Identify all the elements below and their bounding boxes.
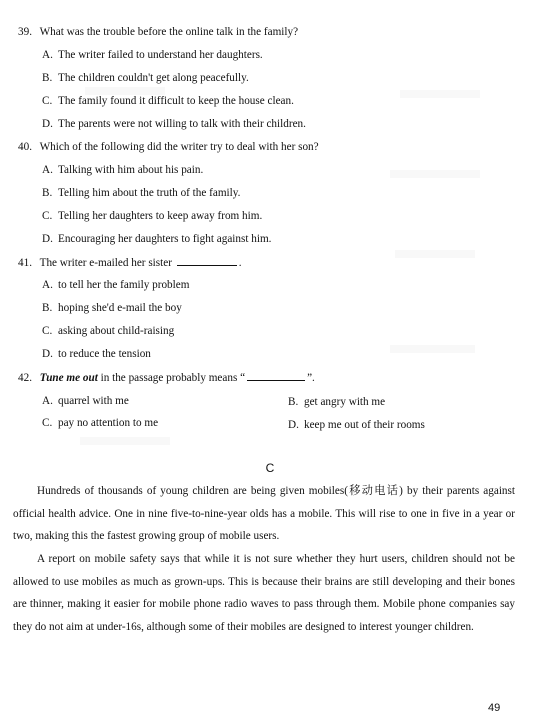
option-text: Telling her daughters to keep away from … (58, 210, 262, 222)
option-text: hoping she'd e-mail the boy (58, 302, 182, 314)
answer-blank (247, 371, 305, 381)
option-text: to reduce the tension (58, 348, 151, 360)
question-42-option-a[interactable]: A.quarrel with me (42, 395, 129, 407)
option-letter: B. (288, 396, 304, 408)
question-number: 41. (18, 257, 37, 269)
question-41-option-b[interactable]: B.hoping she'd e-mail the boy (42, 302, 182, 314)
question-number: 42. (18, 372, 37, 384)
section-heading: C (0, 461, 540, 475)
option-letter: A. (42, 164, 58, 176)
bleed-through-mark (390, 345, 475, 353)
question-number: 39. (18, 26, 37, 38)
question-stem: in the passage probably means “ (101, 372, 245, 384)
option-text: Talking with him about his pain. (58, 164, 203, 176)
option-letter: B. (42, 302, 58, 314)
question-40-option-b[interactable]: B.Telling him about the truth of the fam… (42, 187, 240, 199)
option-letter: D. (42, 233, 58, 245)
question-39-option-c[interactable]: C.The family found it difficult to keep … (42, 95, 294, 107)
option-text: The parents were not willing to talk wit… (58, 118, 306, 130)
option-letter: B. (42, 187, 58, 199)
option-letter: C. (42, 210, 58, 222)
question-41-option-d[interactable]: D.to reduce the tension (42, 348, 151, 360)
question-39-option-a[interactable]: A.The writer failed to understand her da… (42, 49, 263, 61)
option-text: pay no attention to me (58, 417, 158, 429)
passage-paragraph-1: Hundreds of thousands of young children … (13, 480, 515, 548)
option-letter: D. (288, 419, 304, 431)
question-stem-end: . (239, 257, 242, 269)
question-39-option-b[interactable]: B.The children couldn't get along peacef… (42, 72, 249, 84)
option-text: keep me out of their rooms (304, 419, 425, 431)
page-number: 49 (488, 702, 500, 714)
question-41: 41. The writer e-mailed her sister . (18, 256, 242, 269)
option-text: quarrel with me (58, 395, 129, 407)
bleed-through-mark (80, 437, 170, 445)
question-40-option-c[interactable]: C.Telling her daughters to keep away fro… (42, 210, 262, 222)
option-letter: C. (42, 325, 58, 337)
question-39-option-d[interactable]: D.The parents were not willing to talk w… (42, 118, 306, 130)
question-stem-phrase: Tune me out (40, 372, 98, 384)
option-text: The children couldn't get along peaceful… (58, 72, 249, 84)
option-letter: D. (42, 348, 58, 360)
question-40-option-d[interactable]: D.Encouraging her daughters to fight aga… (42, 233, 271, 245)
option-text: The family found it difficult to keep th… (58, 95, 294, 107)
bleed-through-mark (85, 87, 165, 95)
bleed-through-mark (395, 250, 475, 258)
question-42-option-c[interactable]: C.pay no attention to me (42, 417, 158, 429)
question-40-option-a[interactable]: A.Talking with him about his pain. (42, 164, 203, 176)
question-40: 40. Which of the following did the write… (18, 141, 319, 153)
question-number: 40. (18, 141, 37, 153)
bleed-through-mark (400, 90, 480, 98)
paragraph-text: Hundreds of thousands of young children … (13, 485, 515, 542)
question-stem: What was the trouble before the online t… (40, 26, 298, 38)
option-text: get angry with me (304, 396, 385, 408)
option-text: Telling him about the truth of the famil… (58, 187, 240, 199)
option-letter: A. (42, 279, 58, 291)
question-stem: Which of the following did the writer tr… (40, 141, 319, 153)
option-letter: C. (42, 417, 58, 429)
exam-page: 39. What was the trouble before the onli… (0, 0, 540, 727)
option-letter: C. (42, 95, 58, 107)
option-letter: A. (42, 49, 58, 61)
option-text: to tell her the family problem (58, 279, 189, 291)
passage-paragraph-2: A report on mobile safety says that whil… (13, 548, 515, 638)
question-42: 42. Tune me out in the passage probably … (18, 371, 315, 384)
option-letter: B. (42, 72, 58, 84)
option-letter: D. (42, 118, 58, 130)
paragraph-text: A report on mobile safety says that whil… (13, 553, 515, 633)
question-stem-end: ”. (307, 372, 315, 384)
question-41-option-a[interactable]: A.to tell her the family problem (42, 279, 189, 291)
option-text: The writer failed to understand her daug… (58, 49, 263, 61)
question-42-option-d[interactable]: D.keep me out of their rooms (288, 419, 425, 431)
question-stem: The writer e-mailed her sister (40, 257, 172, 269)
bleed-through-mark (390, 170, 480, 178)
option-text: Encouraging her daughters to fight again… (58, 233, 271, 245)
option-letter: A. (42, 395, 58, 407)
question-41-option-c[interactable]: C.asking about child-raising (42, 325, 174, 337)
question-39: 39. What was the trouble before the onli… (18, 26, 298, 38)
question-42-option-b[interactable]: B.get angry with me (288, 396, 385, 408)
answer-blank (177, 256, 237, 266)
option-text: asking about child-raising (58, 325, 174, 337)
